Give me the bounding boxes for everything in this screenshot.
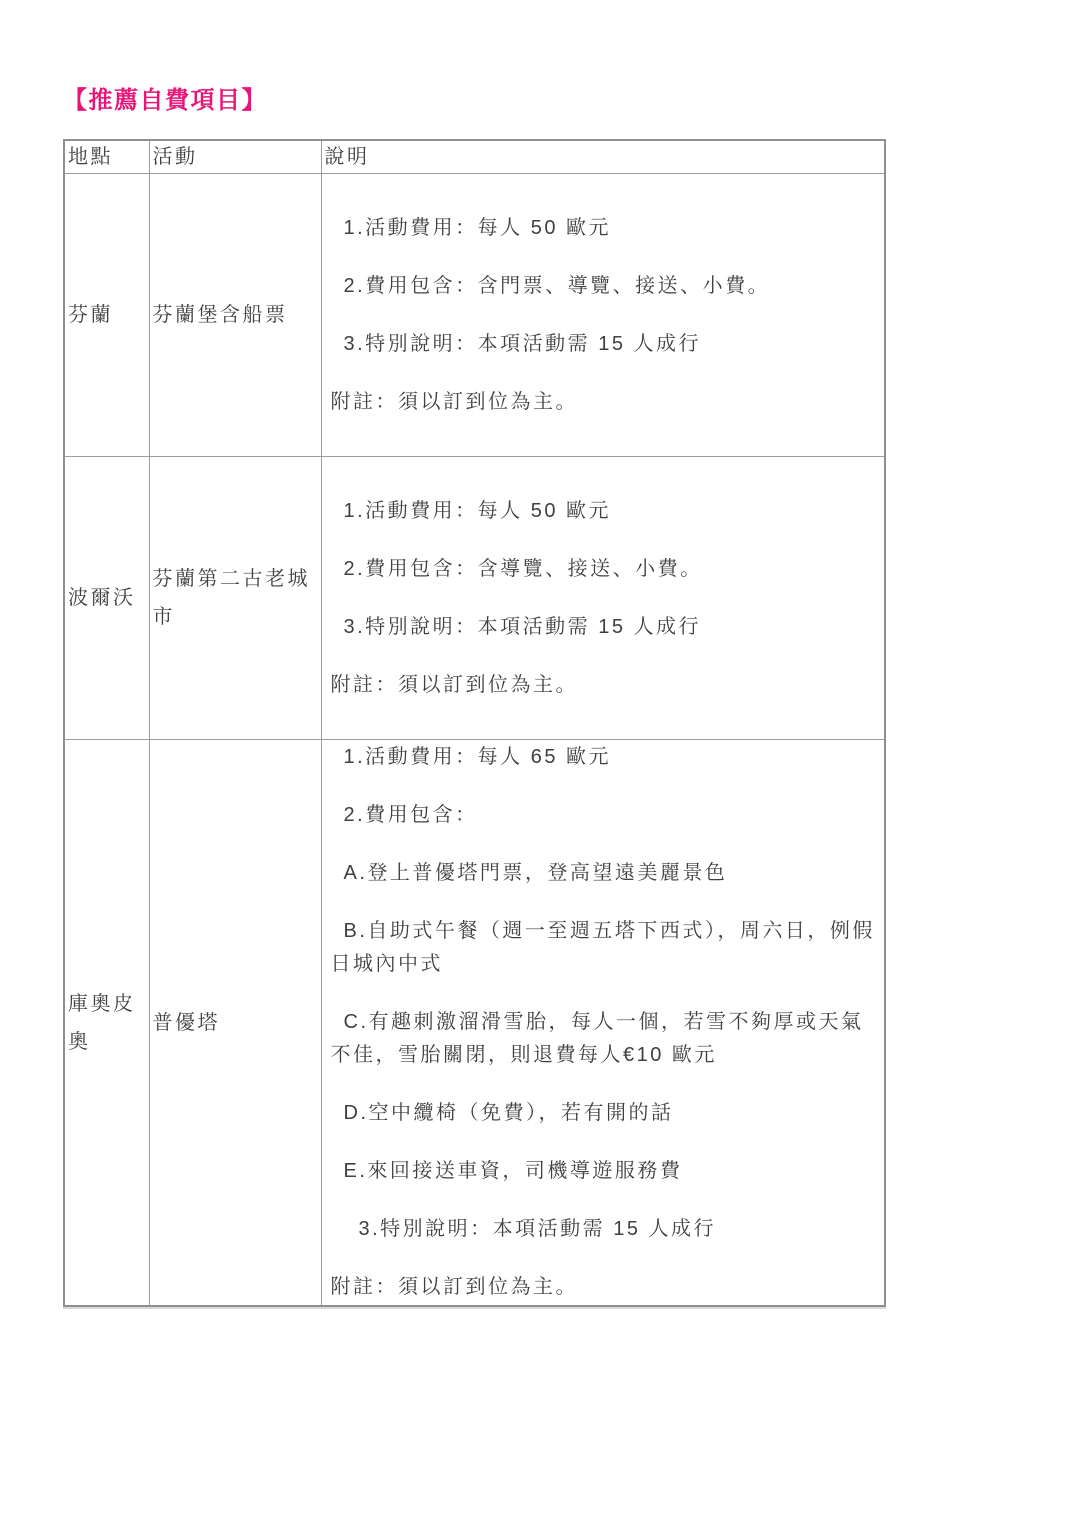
description-cell: 1.活動費用：每人 50 歐元 2.費用包含：含門票、導覽、接送、小費。 3.特… <box>321 174 885 457</box>
activity-cell: 芬蘭第二古老城市 <box>149 457 321 740</box>
table-row-finland: 芬蘭 芬蘭堡含船票 1.活動費用：每人 50 歐元 2.費用包含：含門票、導覽、… <box>64 174 885 457</box>
description-paragraph: B.自助式午餐（週一至週五塔下西式），周六日，例假日城內中式 <box>331 915 879 981</box>
description-paragraph: A.登上普優塔門票，登高望遠美麗景色 <box>331 857 879 890</box>
description-note: 附註：須以訂到位為主。 <box>331 1271 879 1304</box>
location-cell: 芬蘭 <box>64 174 149 457</box>
description-paragraph: 1.活動費用：每人 50 歐元 <box>331 495 879 528</box>
description-paragraph: 3.特別說明：本項活動需 15 人成行 <box>331 611 879 644</box>
header-location: 地點 <box>64 140 149 174</box>
description-paragraph: 1.活動費用：每人 50 歐元 <box>331 212 879 245</box>
description-paragraph: 3.特別說明：本項活動需 15 人成行 <box>331 328 879 361</box>
location-cell: 波爾沃 <box>64 457 149 740</box>
document-page: 【推薦自費項目】 地點 活動 說明 芬蘭 芬蘭堡含船票 1.活動費用：每人 50… <box>0 0 1076 1307</box>
location-cell: 庫奧皮奧 <box>64 740 149 1307</box>
table-row-kuopio: 庫奧皮奧 普優塔 1.活動費用：每人 65 歐元 2.費用包含： A.登上普優塔… <box>64 740 885 1307</box>
page-title: 【推薦自費項目】 <box>63 80 1076 115</box>
activity-cell: 芬蘭堡含船票 <box>149 174 321 457</box>
header-activity: 活動 <box>149 140 321 174</box>
description-note: 附註：須以訂到位為主。 <box>331 386 879 419</box>
activity-cell: 普優塔 <box>149 740 321 1307</box>
description-cell: 1.活動費用：每人 50 歐元 2.費用包含：含導覽、接送、小費。 3.特別說明… <box>321 457 885 740</box>
optional-activities-table: 地點 活動 說明 芬蘭 芬蘭堡含船票 1.活動費用：每人 50 歐元 2.費用包… <box>63 139 886 1307</box>
description-paragraph: 2.費用包含： <box>331 799 879 832</box>
description-cell: 1.活動費用：每人 65 歐元 2.費用包含： A.登上普優塔門票，登高望遠美麗… <box>321 740 885 1307</box>
description-paragraph: 1.活動費用：每人 65 歐元 <box>331 741 879 774</box>
description-paragraph: 3.特別說明：本項活動需 15 人成行 <box>331 1213 879 1246</box>
description-paragraph: 2.費用包含：含門票、導覽、接送、小費。 <box>331 270 879 303</box>
description-paragraph: 2.費用包含：含導覽、接送、小費。 <box>331 553 879 586</box>
description-paragraph: C.有趣刺激溜滑雪胎，每人一個，若雪不夠厚或天氣不佳，雪胎關閉，則退費每人€10… <box>331 1006 879 1072</box>
description-note: 附註：須以訂到位為主。 <box>331 669 879 702</box>
table-row-porvoo: 波爾沃 芬蘭第二古老城市 1.活動費用：每人 50 歐元 2.費用包含：含導覽、… <box>64 457 885 740</box>
description-paragraph: D.空中纜椅（免費），若有開的話 <box>331 1097 879 1130</box>
table-header-row: 地點 活動 說明 <box>64 140 885 174</box>
header-description: 說明 <box>321 140 885 174</box>
description-paragraph: E.來回接送車資，司機導遊服務費 <box>331 1155 879 1188</box>
